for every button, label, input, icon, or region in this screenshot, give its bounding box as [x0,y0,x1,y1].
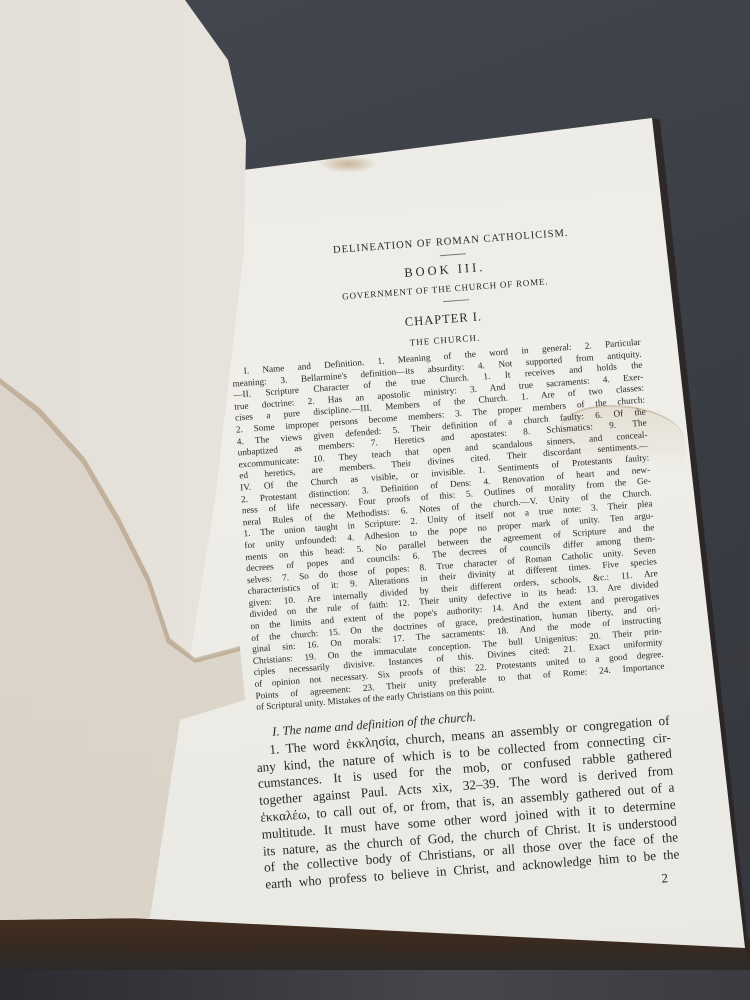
divider [443,299,469,302]
divider [440,253,466,256]
photo-scene: DELINEATION OF ROMAN CATHOLICISM. BOOK I… [0,0,750,1000]
printed-text-block: DELINEATION OF ROMAN CATHOLICISM. BOOK I… [210,208,698,916]
chapter-summary: I. Name and Definition. 1. Meaning of th… [231,337,665,714]
top-stain [318,155,378,173]
body-paragraph: 1. The word ἐκκλησία, church, means an a… [255,712,680,893]
